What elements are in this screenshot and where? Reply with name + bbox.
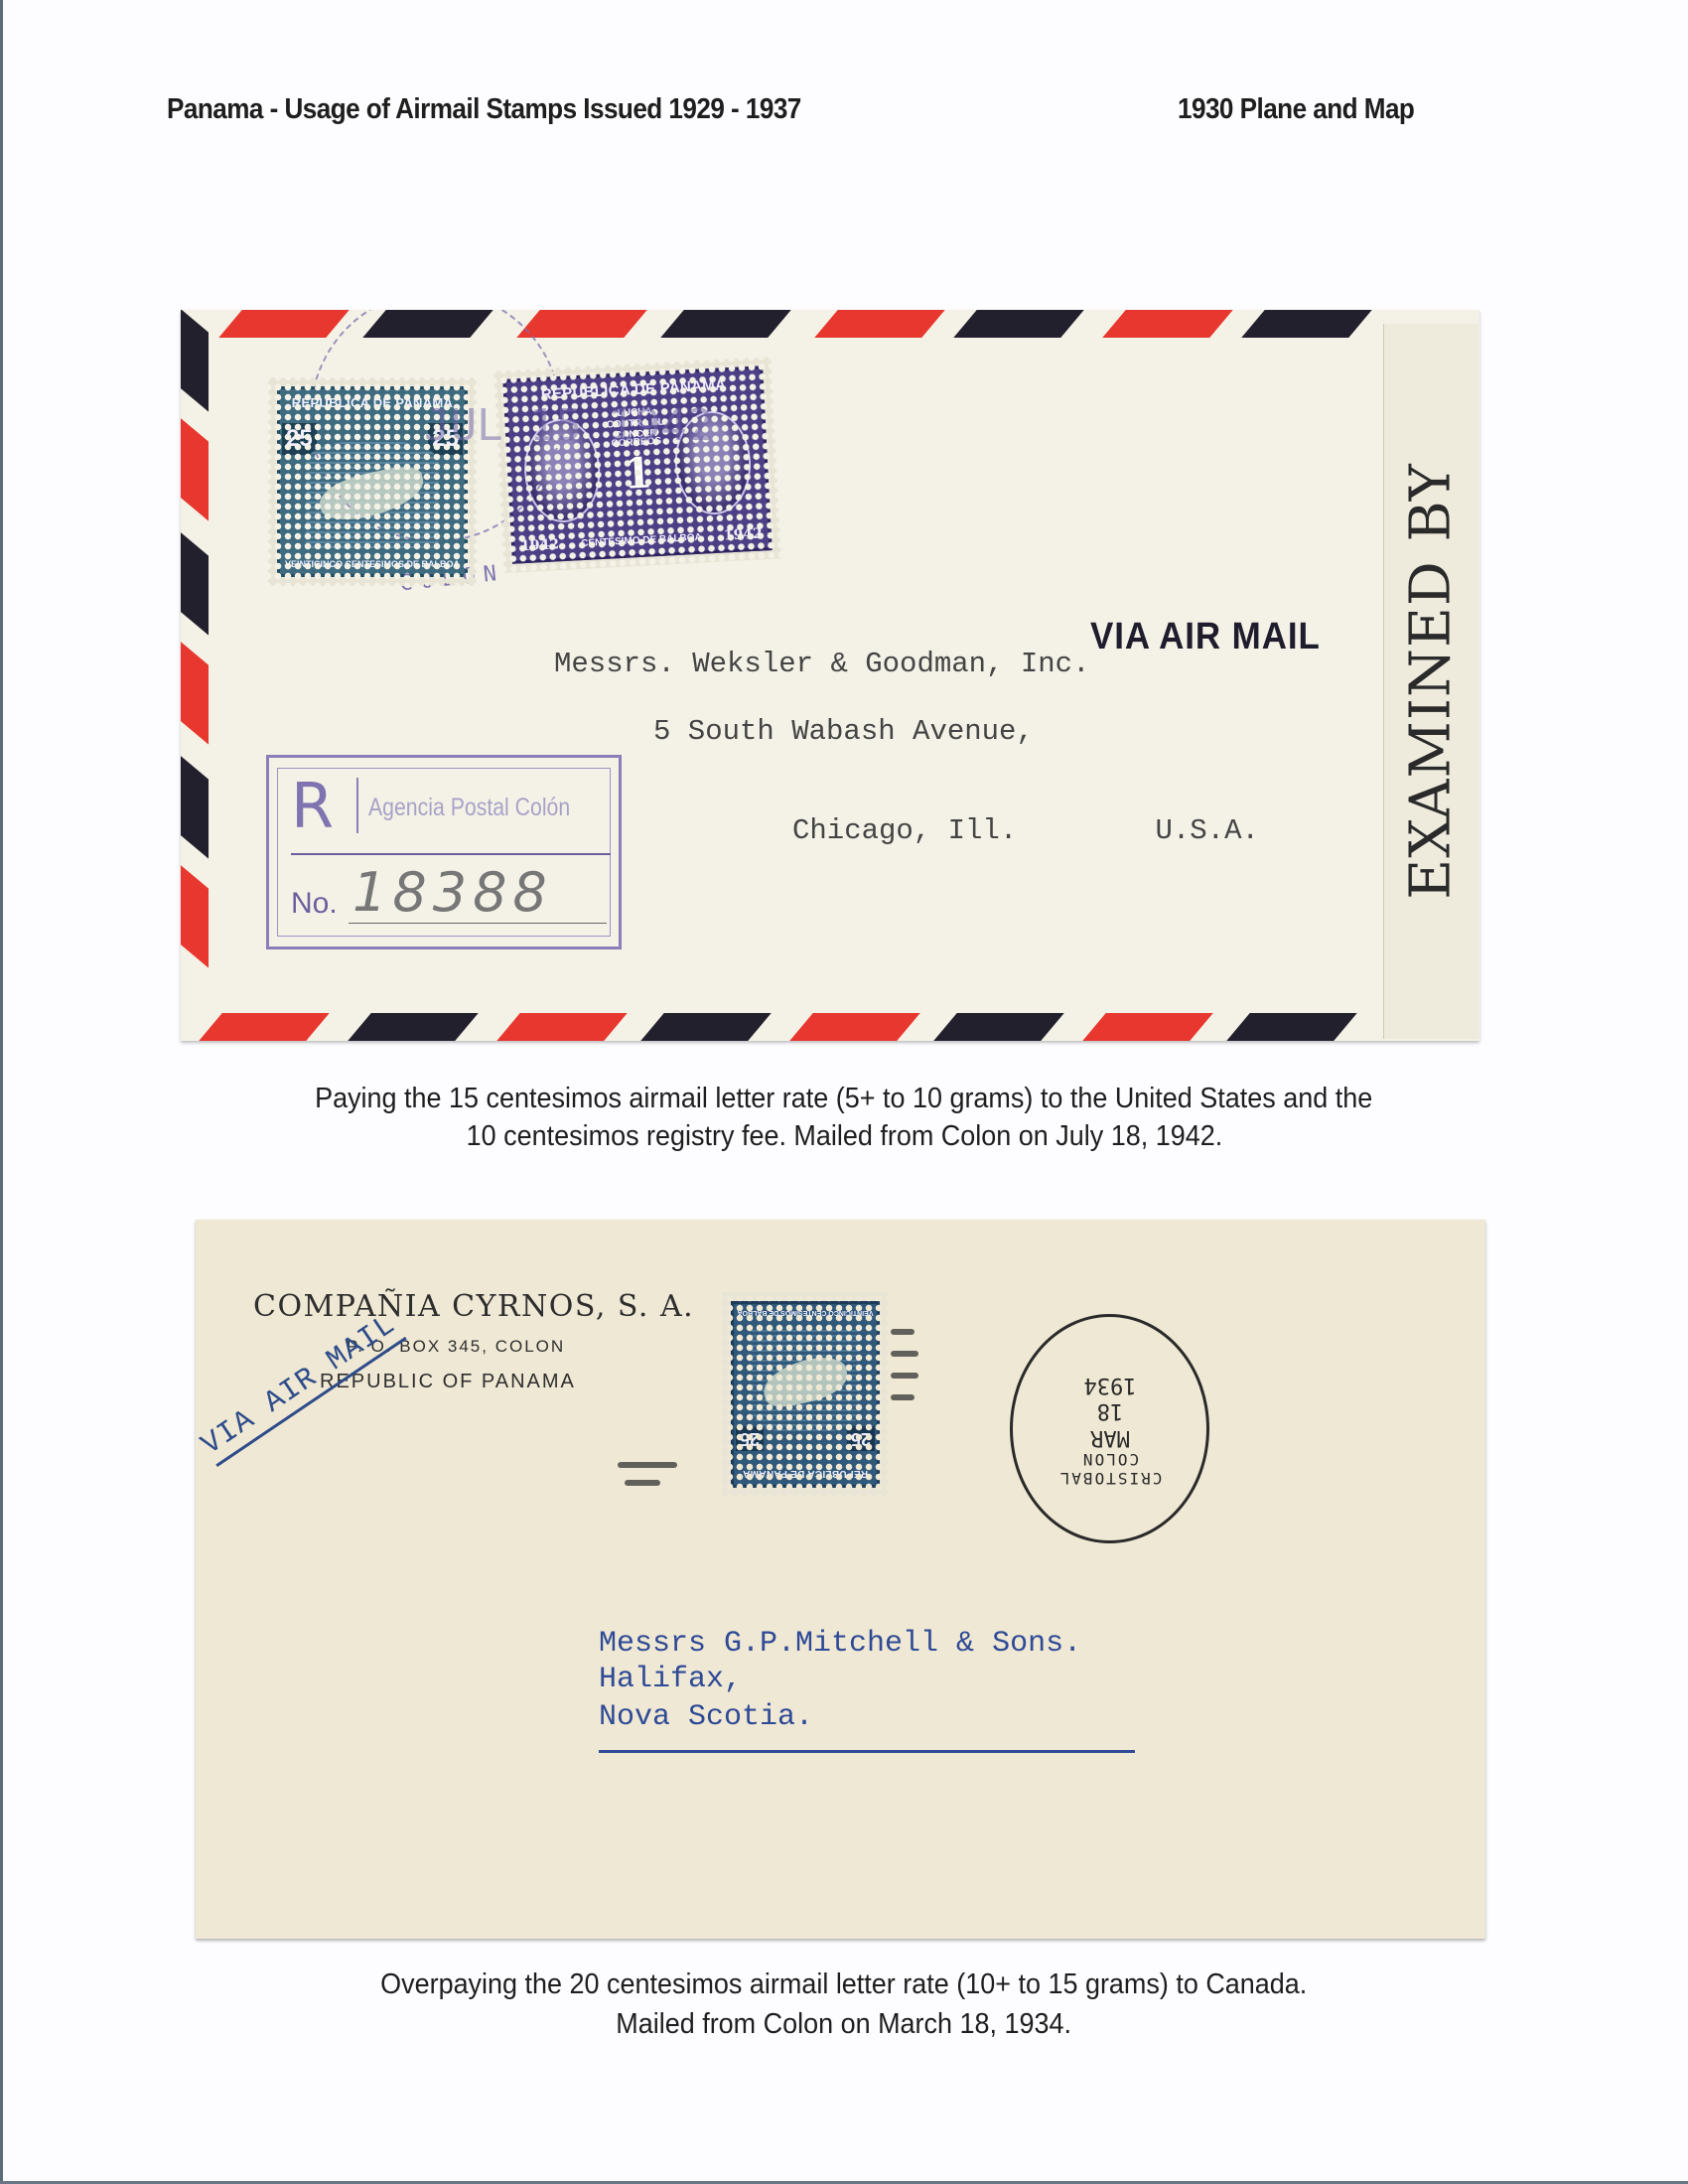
cover-1-caption: 10 centesimos registry fee. Mailed from … bbox=[0, 1120, 1688, 1153]
stamp-1c-cancer: REPUBLICA DE PANAMA LUCHA CONTRA EL CANC… bbox=[493, 357, 781, 573]
stamp-denomination: VEINTICINCO CENTESIMOS DE BALBOA bbox=[280, 559, 465, 569]
killer-bars bbox=[891, 1329, 920, 1438]
caption-line: Overpaying the 20 centesimos airmail let… bbox=[380, 1968, 1307, 2001]
stamp-denomination: CENTESIMO DE BALBOA bbox=[514, 528, 769, 552]
address-line: Nova Scotia. bbox=[599, 1700, 813, 1734]
stamp-value: 25 bbox=[282, 423, 317, 455]
cover-1942-envelope: COLON REPUBLICA DE PANAMA 25 25 VEINTICI… bbox=[181, 310, 1479, 1041]
page-subtitle: 1930 Plane and Map bbox=[1178, 93, 1414, 126]
registry-office: Agencia Postal Colón bbox=[368, 794, 570, 822]
postmark-date: JUL 15 1942 bbox=[424, 404, 713, 448]
cover-1934-envelope: COMPAÑIA CYRNOS, S. A. P. O. BOX 345, CO… bbox=[196, 1220, 1485, 1939]
caption-line: Mailed from Colon on March 18, 1934. bbox=[617, 2008, 1072, 2041]
registry-letter: R bbox=[291, 770, 334, 842]
map-icon bbox=[752, 1330, 859, 1433]
censor-tape: EXAMINED BY bbox=[1383, 324, 1478, 1039]
sender-country: REPUBLIC OF PANAMA bbox=[320, 1371, 576, 1393]
cover-1-caption: Paying the 15 centesimos airmail letter … bbox=[0, 1083, 1688, 1115]
address-line: Chicago, Ill. U.S.A. bbox=[792, 814, 1259, 847]
sender-name: COMPAÑIA CYRNOS, S. A. bbox=[253, 1289, 694, 1324]
postmark-town: CRISTOBAL COLON bbox=[1057, 1449, 1162, 1487]
registry-label: R Agencia Postal Colón No. 18388 bbox=[266, 755, 622, 949]
stamp-value: 25 bbox=[847, 1426, 875, 1451]
censor-text: EXAMINED BY bbox=[1399, 463, 1464, 899]
address-underline bbox=[599, 1750, 1135, 1753]
caption-line: Paying the 15 centesimos airmail letter … bbox=[315, 1083, 1372, 1115]
stamp-denomination: VEINTICINCO CENTESIMOS DE BALBOA bbox=[734, 1309, 877, 1316]
address-line: Halifax, bbox=[599, 1663, 742, 1696]
stamp-value: 25 bbox=[736, 1426, 764, 1451]
postmark-month: MAR bbox=[1057, 1423, 1162, 1449]
address-line: Messrs. Weksler & Goodman, Inc. bbox=[554, 648, 1090, 680]
address-line: Messrs G.P.Mitchell & Sons. bbox=[599, 1627, 1081, 1661]
registry-number: 18388 bbox=[352, 861, 553, 924]
address-line: 5 South Wabash Avenue, bbox=[653, 715, 1034, 748]
via-air-mail-label: VIA AIR MAIL bbox=[1090, 616, 1321, 658]
map-icon bbox=[306, 441, 439, 548]
postmark-day: 18 bbox=[1057, 1396, 1162, 1422]
postmark-year: 1934 bbox=[1057, 1371, 1162, 1396]
registry-no-label: No. bbox=[291, 887, 338, 921]
stamp-value: 1 bbox=[623, 448, 654, 498]
page-title: Panama - Usage of Airmail Stamps Issued … bbox=[167, 93, 801, 126]
stamp-country: REPUBLICA DE PANAMA bbox=[734, 1468, 877, 1479]
cover-2-caption: Mailed from Colon on March 18, 1934. bbox=[0, 2008, 1688, 2041]
stamp-25c-airmail-inverted: REPUBLICA DE PANAMA 25 25 VEINTICINCO CE… bbox=[722, 1292, 889, 1497]
cover-2-caption: Overpaying the 20 centesimos airmail let… bbox=[0, 1968, 1688, 2001]
caption-line: 10 centesimos registry fee. Mailed from … bbox=[466, 1120, 1222, 1153]
killer-bar bbox=[625, 1480, 660, 1486]
colon-datestamp: CRISTOBAL COLON MAR 18 1934 bbox=[1010, 1314, 1209, 1543]
killer-bar bbox=[618, 1462, 677, 1468]
